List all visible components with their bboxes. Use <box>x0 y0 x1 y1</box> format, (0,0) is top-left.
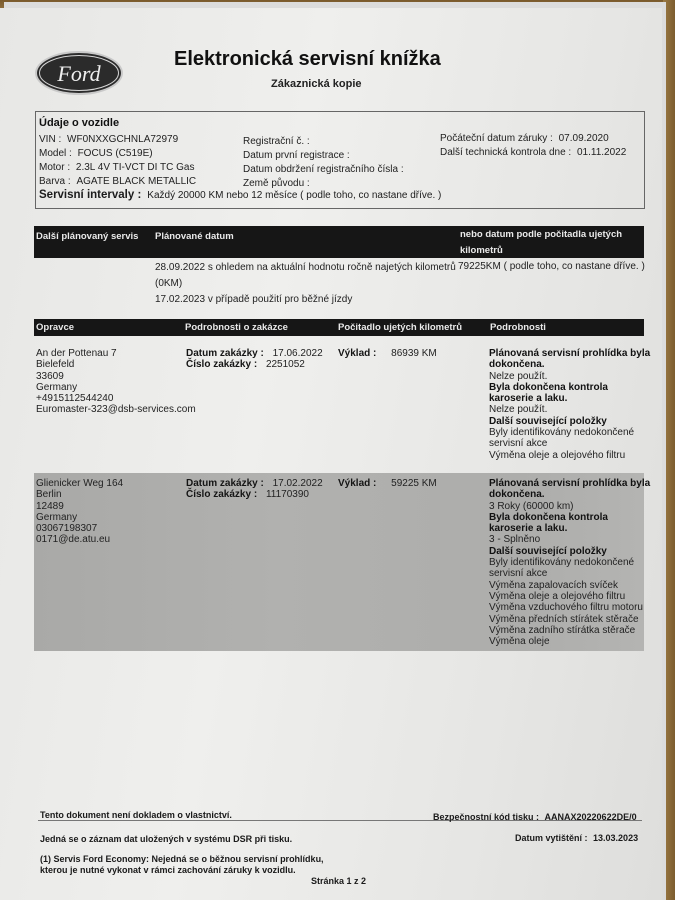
vehicle-info-box: Údaje o vozidle VIN : WF0NXXGCHNLA72979 … <box>35 111 645 209</box>
detail-line: Nelze použít. <box>489 371 650 382</box>
warranty-start-row: Počáteční datum záruky : 07.09.2020 <box>440 133 609 144</box>
odometer-row-2: Výklad : 59225 KM <box>338 478 437 489</box>
economy-note-line-2: kterou je nutné vykonat v rámci zachován… <box>40 865 296 875</box>
repair-details-1: Plánovaná servisní prohlídka byladokonče… <box>489 348 650 461</box>
order-date-label: Datum zakázky : <box>186 478 264 489</box>
country-of-origin-label: Země původu : <box>243 178 310 189</box>
address-line: Germany <box>36 382 196 393</box>
engine-value: 2.3L 4V TI-VCT DI TC Gas <box>76 162 195 173</box>
header-details: Podrobnosti <box>490 322 546 333</box>
document-title: Elektronická servisní knížka <box>174 48 441 71</box>
engine-row: Motor : 2.3L 4V TI-VCT DI TC Gas <box>39 162 194 173</box>
detail-line: karoserie a laku. <box>489 523 650 534</box>
address-line: Berlin <box>36 489 123 500</box>
print-date-row: Datum vytištění : 13.03.2023 <box>515 833 638 843</box>
detail-line: 3 Roky (60000 km) <box>489 501 650 512</box>
detail-line: Výměna oleje <box>489 636 650 647</box>
planned-date-line-2: (0KM) <box>155 278 182 289</box>
header-next-service: Další plánovaný servis <box>36 231 138 242</box>
detail-line: karoserie a laku. <box>489 393 650 404</box>
service-interval-value: Každý 20000 KM nebo 12 měsíce ( podle to… <box>147 190 441 201</box>
detail-line: Byla dokončena kontrola <box>489 512 650 523</box>
registration-received-label: Datum obdržení registračního čísla : <box>243 164 404 175</box>
planned-date-line-3: 17.02.2023 v případě použití pro běžné j… <box>155 294 352 305</box>
repairs-table-header: Opravce Podrobnosti o zakázce Počitadlo … <box>34 319 644 336</box>
address-line: Bielefeld <box>36 359 196 370</box>
address-line: An der Pottenau 7 <box>36 348 196 359</box>
header-repairer: Opravce <box>36 322 74 333</box>
vehicle-section-title: Údaje o vozidle <box>39 117 119 129</box>
vin-label: VIN : <box>39 134 61 145</box>
order-no-label: Číslo zakázky : <box>186 489 257 500</box>
security-code-value: AANAX20220622DE/0 <box>545 812 637 822</box>
detail-line: Výměna oleje a olejového filtru <box>489 591 650 602</box>
order-no-label: Číslo zakázky : <box>186 359 257 370</box>
print-date-label: Datum vytištění : <box>515 833 588 843</box>
svg-text:Ford: Ford <box>56 61 101 86</box>
detail-line: Byly identifikovány nedokončené <box>489 427 650 438</box>
address-line: 12489 <box>36 501 123 512</box>
detail-line: servisní akce <box>489 568 650 579</box>
detail-line: dokončena. <box>489 359 650 370</box>
detail-line: Výměna oleje a olejového filtru <box>489 450 650 461</box>
order-date-label: Datum zakázky : <box>186 348 264 359</box>
order-date-row-1: Datum zakázky : 17.06.2022 <box>186 348 323 359</box>
order-no-row-2: Číslo zakázky : 11170390 <box>186 489 309 500</box>
first-registration-label: Datum první registrace : <box>243 150 350 161</box>
header-planned-date: Plánované datum <box>155 231 234 242</box>
not-ownership-note: Tento dokument není dokladem o vlastnict… <box>40 810 232 820</box>
economy-note-line-1: (1) Servis Ford Economy: Nejedná se o bě… <box>40 854 324 864</box>
address-line: Euromaster-323@dsb-services.com <box>36 404 196 415</box>
planned-odometer: 79225KM ( podle toho, co nastane dříve. … <box>458 261 645 272</box>
detail-line: Byly identifikovány nedokončené <box>489 557 650 568</box>
detail-line: Výměna zadního stírátka stěrače <box>489 625 650 636</box>
planned-service-header: Další plánovaný servis Plánované datum n… <box>34 226 644 258</box>
order-date-value: 17.02.2022 <box>273 478 323 489</box>
header-odometer-date-2: kilometrů <box>460 245 503 256</box>
odometer-value: 86939 KM <box>391 348 437 359</box>
document-subtitle: Zákaznická kopie <box>271 78 362 90</box>
address-line: 03067198307 <box>36 523 123 534</box>
order-date-row-2: Datum zakázky : 17.02.2022 <box>186 478 323 489</box>
header-odometer-date: nebo datum podle počitadla ujetých <box>460 229 622 240</box>
detail-line: Byla dokončena kontrola <box>489 382 650 393</box>
ford-logo-icon: Ford <box>34 50 124 96</box>
detail-line: dokončena. <box>489 489 650 500</box>
color-label: Barva : <box>39 176 71 187</box>
registration-number-label: Registrační č. : <box>243 136 310 147</box>
model-value: FOCUS (C519E) <box>78 148 153 159</box>
address-line: Germany <box>36 512 123 523</box>
service-interval-row: Servisní intervaly :Každý 20000 KM nebo … <box>39 189 441 201</box>
address-line: +4915112544240 <box>36 393 196 404</box>
dsr-note: Jedná se o záznam dat uložených v systém… <box>40 834 292 844</box>
next-inspection-row: Další technická kontrola dne : 01.11.202… <box>440 147 626 158</box>
detail-line: servisní akce <box>489 438 650 449</box>
page-number: Stránka 1 z 2 <box>311 876 366 886</box>
detail-line: Výměna vzduchového filtru motoru <box>489 602 650 613</box>
model-label: Model : <box>39 148 72 159</box>
odometer-value: 59225 KM <box>391 478 437 489</box>
planned-date-line-1: 28.09.2022 s ohledem na aktuální hodnotu… <box>155 262 456 273</box>
detail-line: Plánovaná servisní prohlídka byla <box>489 478 650 489</box>
security-code-row: Bezpečnostní kód tisku : AANAX20220622DE… <box>433 812 637 822</box>
order-no-row-1: Číslo zakázky : 2251052 <box>186 359 305 370</box>
repairer-address-1: An der Pottenau 7 Bielefeld 33609 German… <box>36 348 196 416</box>
model-row: Model : FOCUS (C519E) <box>39 148 153 159</box>
order-date-value: 17.06.2022 <box>273 348 323 359</box>
color-row: Barva : AGATE BLACK METALLIC <box>39 176 196 187</box>
address-line: Glienicker Weg 164 <box>36 478 123 489</box>
odometer-row-1: Výklad : 86939 KM <box>338 348 437 359</box>
address-line: 0171@de.atu.eu <box>36 534 123 545</box>
document-page: Ford Elektronická servisní knížka Zákazn… <box>0 8 662 900</box>
next-inspection-label: Další technická kontrola dne : <box>440 147 571 158</box>
repair-details-2: Plánovaná servisní prohlídka byladokonče… <box>489 478 650 647</box>
order-no-value: 11170390 <box>266 489 309 500</box>
detail-line: Výměna zapalovacích svíček <box>489 580 650 591</box>
warranty-start-value: 07.09.2020 <box>559 133 609 144</box>
order-no-value: 2251052 <box>266 359 305 370</box>
warranty-start-label: Počáteční datum záruky : <box>440 133 553 144</box>
detail-line: 3 - Splněno <box>489 534 650 545</box>
next-inspection-value: 01.11.2022 <box>577 147 626 158</box>
engine-label: Motor : <box>39 162 70 173</box>
repairer-address-2: Glienicker Weg 164 Berlin 12489 Germany … <box>36 478 123 546</box>
color-value: AGATE BLACK METALLIC <box>76 176 196 187</box>
detail-line: Nelze použít. <box>489 404 650 415</box>
detail-line: Další související položky <box>489 546 650 557</box>
odometer-label: Výklad : <box>338 478 376 489</box>
vin-value: WF0NXXGCHNLA72979 <box>67 134 178 145</box>
header-order-details: Podrobnosti o zakázce <box>185 322 288 333</box>
detail-line: Výměna předních stírátek stěrače <box>489 614 650 625</box>
detail-line: Další související položky <box>489 416 650 427</box>
vin-row: VIN : WF0NXXGCHNLA72979 <box>39 134 178 145</box>
detail-line: Plánovaná servisní prohlídka byla <box>489 348 650 359</box>
address-line: 33609 <box>36 371 196 382</box>
security-code-label: Bezpečnostní kód tisku : <box>433 812 539 822</box>
header-odometer: Počitadlo ujetých kilometrů <box>338 322 462 333</box>
service-interval-label: Servisní intervaly : <box>39 189 141 201</box>
odometer-label: Výklad : <box>338 348 376 359</box>
print-date-value: 13.03.2023 <box>593 833 638 843</box>
